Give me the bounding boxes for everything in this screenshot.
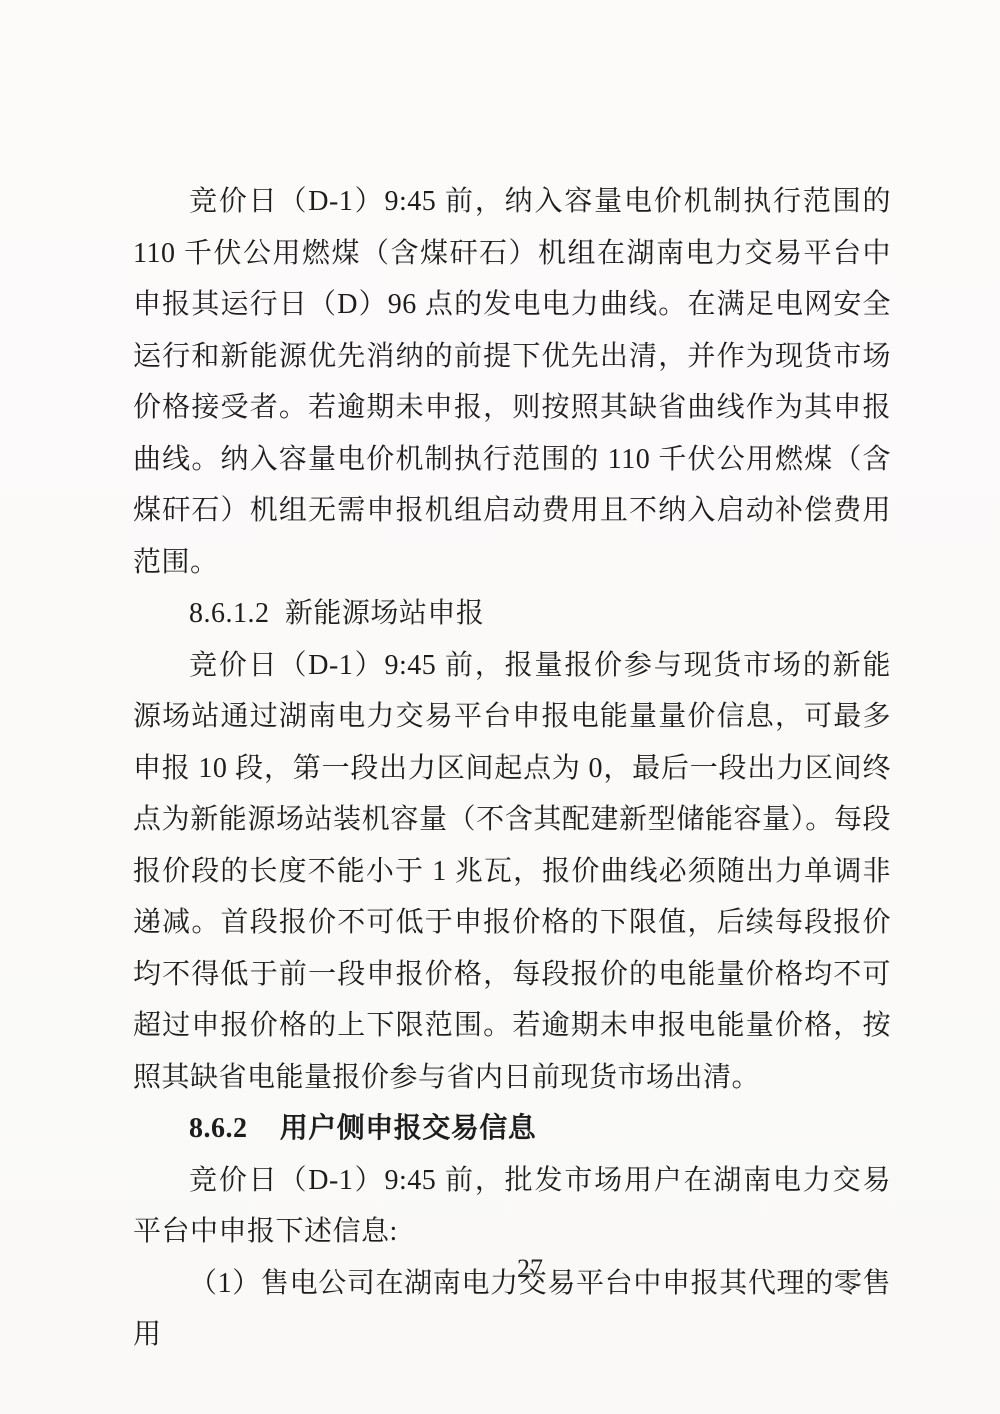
section-heading-8-6-1-2: 8.6.1.2新能源场站申报	[133, 588, 891, 640]
document-page: 竞价日（D-1）9:45 前，纳入容量电价机制执行范围的 110 千伏公用燃煤（…	[0, 0, 1000, 1414]
paragraph-new-energy-station-declaration: 竞价日（D-1）9:45 前，报量报价参与现货市场的新能源场站通过湖南电力交易平…	[133, 640, 891, 1104]
paragraph-coal-unit-declaration: 竞价日（D-1）9:45 前，纳入容量电价机制执行范围的 110 千伏公用燃煤（…	[133, 176, 891, 588]
section-title: 新能源场站申报	[285, 598, 485, 629]
paragraph-user-side-declaration-intro: 竞价日（D-1）9:45 前，批发市场用户在湖南电力交易平台中申报下述信息:	[133, 1155, 891, 1258]
document-body: 竞价日（D-1）9:45 前，纳入容量电价机制执行范围的 110 千伏公用燃煤（…	[133, 176, 891, 1361]
section-title: 用户侧申报交易信息	[280, 1113, 537, 1144]
section-number: 8.6.1.2	[189, 598, 270, 629]
section-heading-8-6-2: 8.6.2用户侧申报交易信息	[133, 1103, 891, 1155]
page-number: 27	[30, 1252, 1000, 1286]
section-number: 8.6.2	[189, 1113, 248, 1144]
